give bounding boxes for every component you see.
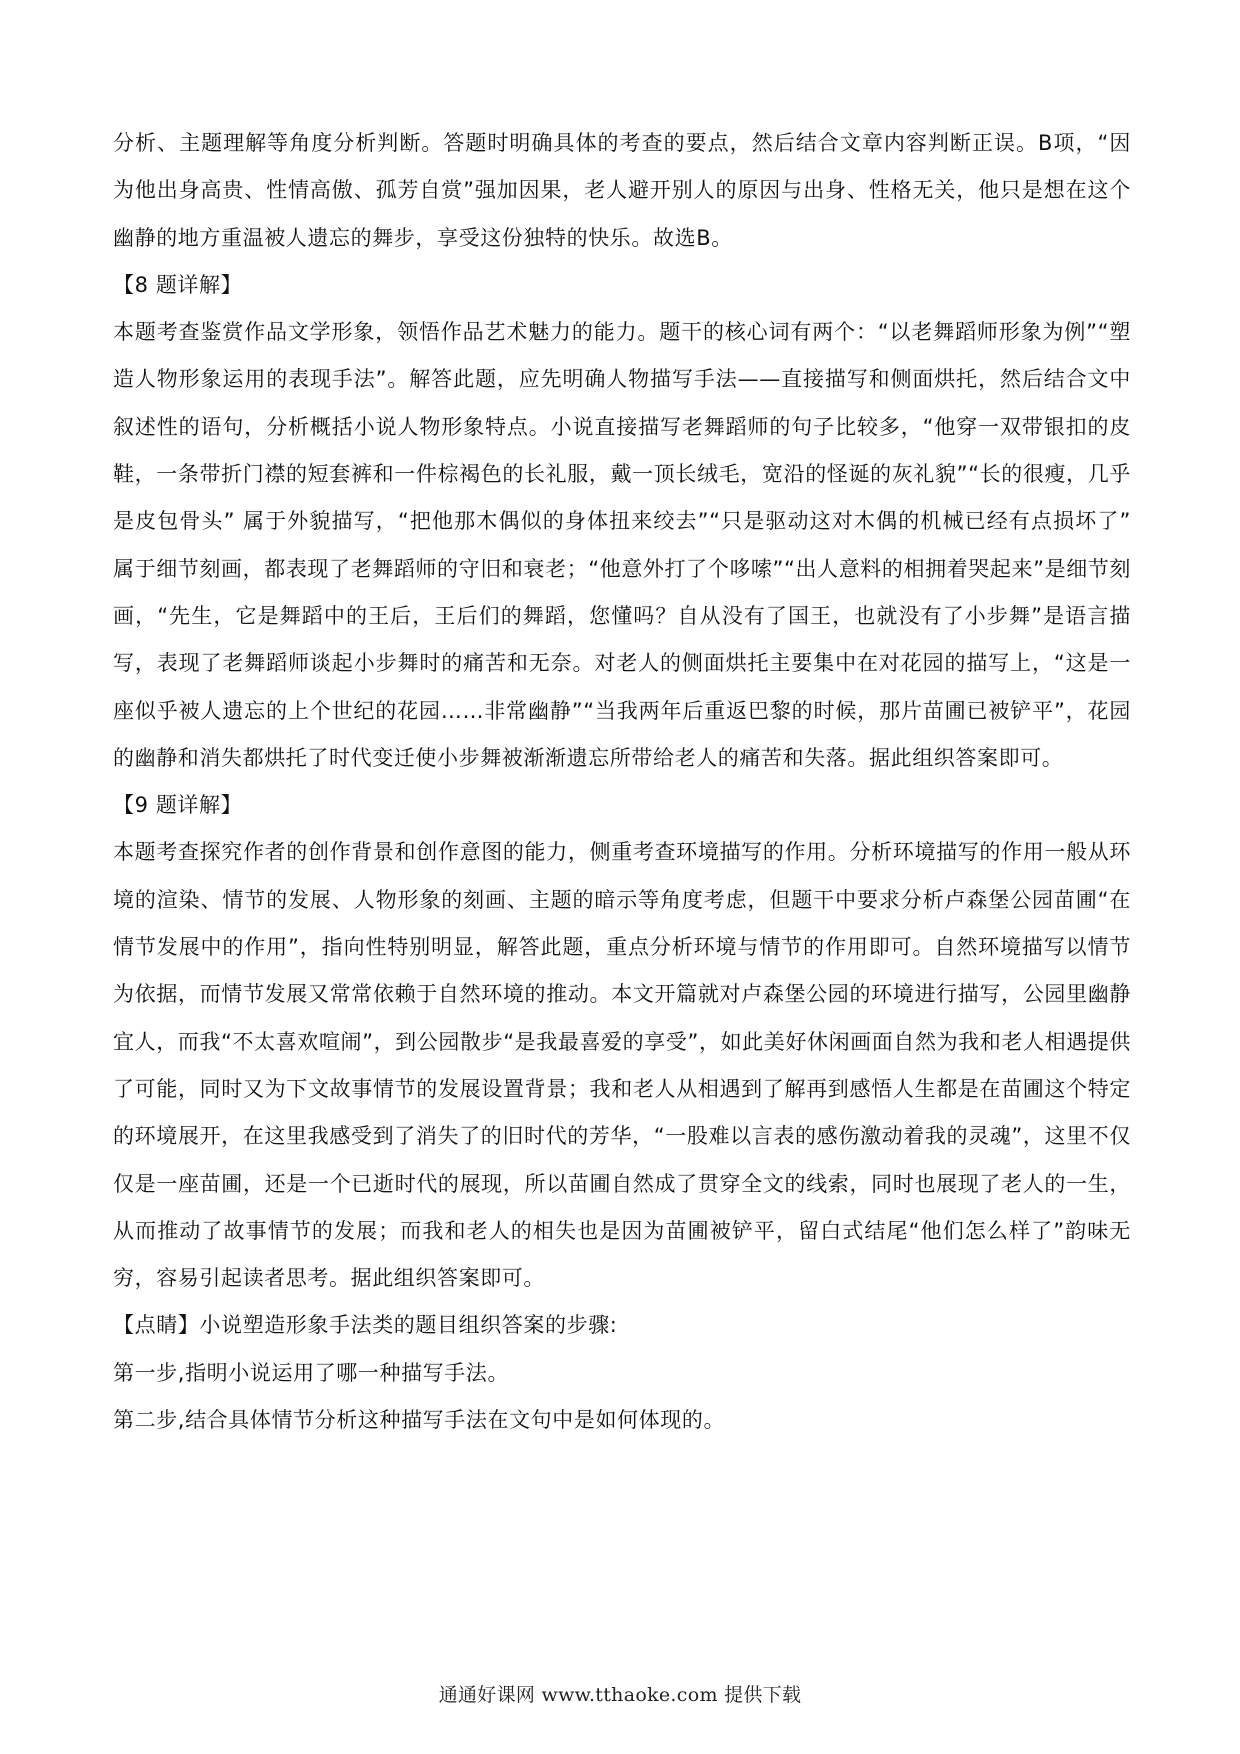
paragraph-question7-conclusion: 分析、主题理解等角度分析判断。答题时明确具体的考查的要点，然后结合文章内容判断正…: [113, 120, 1131, 262]
paragraph-step-one: 第一步,指明小说运用了哪一种描写手法。: [113, 1350, 1131, 1397]
paragraph-key-point: 【点睛】小说塑造形象手法类的题目组织答案的步骤:: [113, 1302, 1131, 1349]
page-footer: 通通好课网 www.tthaoke.com 提供下载: [0, 1680, 1240, 1707]
heading-question9: 【9 题详解】: [113, 782, 1131, 829]
heading-question8: 【8 题详解】: [113, 262, 1131, 309]
document-page: 分析、主题理解等角度分析判断。答题时明确具体的考查的要点，然后结合文章内容判断正…: [113, 120, 1131, 1444]
paragraph-question8-explanation: 本题考查鉴赏作品文学形象，领悟作品艺术魅力的能力。题干的核心词有两个：“以老舞蹈…: [113, 309, 1131, 782]
paragraph-question9-explanation: 本题考查探究作者的创作背景和创作意图的能力，侧重考查环境描写的作用。分析环境描写…: [113, 829, 1131, 1302]
paragraph-step-two: 第二步,结合具体情节分析这种描写手法在文句中是如何体现的。: [113, 1397, 1131, 1444]
